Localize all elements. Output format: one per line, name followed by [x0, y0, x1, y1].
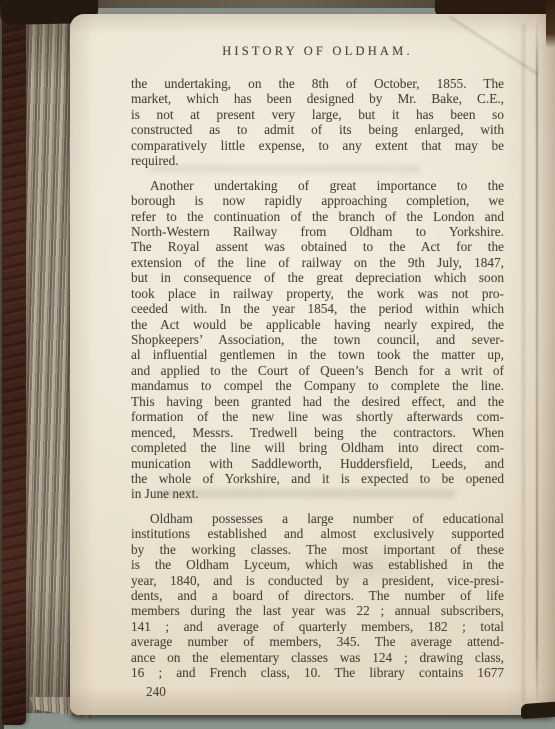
text-line: ceeded with. In the year 1854, the perio…	[131, 301, 504, 316]
text-line: is the Oldham Lyceum, which was establis…	[131, 557, 504, 572]
text-line: al influential gentlemen in the town too…	[131, 347, 504, 362]
book-cover-spine	[2, 3, 26, 725]
text-line: in June next.	[131, 486, 504, 501]
page-text-block: HISTORY OF OLDHAM. the undertaking, on t…	[131, 44, 504, 700]
text-line: Shopkeepers’ Association, the town counc…	[131, 332, 504, 347]
page-paragraphs: the undertaking, on the 8th of October, …	[131, 76, 504, 681]
text-line: Another undertaking of great importance …	[131, 178, 504, 193]
text-line: dents, and a board of directors. The num…	[131, 588, 504, 603]
text-line: the Act would be applicable having nearl…	[131, 317, 504, 332]
text-line: borough is now rapidly approaching compl…	[131, 193, 504, 208]
text-line: extension of the line of railway on the …	[131, 255, 504, 270]
text-line: 16 ; and French class, 10. The library c…	[131, 665, 504, 680]
running-header: HISTORY OF OLDHAM.	[131, 44, 504, 59]
text-line: year, 1840, and is conducted by a presid…	[131, 573, 504, 588]
paragraph: Another undertaking of great importance …	[131, 178, 504, 502]
paragraph: the undertaking, on the 8th of October, …	[131, 76, 504, 169]
text-line: comparatively little expense, to any ext…	[131, 138, 504, 153]
text-line: This having been granted had the desired…	[131, 394, 504, 409]
page-number: 240	[131, 684, 504, 700]
gutter-crease	[536, 18, 538, 710]
text-line: institutions established and almost excl…	[131, 526, 504, 541]
book-photo: HISTORY OF OLDHAM. the undertaking, on t…	[0, 0, 555, 729]
paragraph: Oldham possesses a large number of educa…	[131, 511, 504, 681]
text-line: ance on the elementary classes was 124 ;…	[131, 650, 504, 665]
text-line: completed the line will bring Oldham int…	[131, 440, 504, 455]
text-line: required.	[131, 153, 504, 168]
text-line: but in consequence of the great deprecia…	[131, 270, 504, 285]
text-line: constructed as to admit of its being enl…	[131, 122, 504, 137]
text-line: refer to the continuation of the branch …	[131, 209, 504, 224]
text-line: took place in railway property, the work…	[131, 286, 504, 301]
text-line: 141 ; and average of quarterly members, …	[131, 619, 504, 634]
gutter-crease-faint	[522, 24, 525, 704]
text-line: menced, Messrs. Tredwell being the contr…	[131, 425, 504, 440]
text-line: the undertaking, on the 8th of October, …	[131, 76, 504, 91]
text-line: and applied to the Court of Queen’s Benc…	[131, 363, 504, 378]
text-line: mandamus to compel the Company to comple…	[131, 378, 504, 393]
text-line: average number of members, 345. The aver…	[131, 634, 504, 649]
text-line: market, which has been designed by Mr. B…	[131, 91, 504, 106]
text-line: Oldham possesses a large number of educa…	[131, 511, 504, 526]
cover-edge-right-bottom	[521, 702, 555, 719]
text-line: is not at present very large, but it has…	[131, 107, 504, 122]
cover-edge-right-top	[546, 0, 555, 48]
text-line: the whole of Yorkshire, and it is expect…	[131, 471, 504, 486]
text-line: North-Western Railway from Oldham to Yor…	[131, 224, 504, 239]
text-line: munication with Saddleworth, Huddersfiel…	[131, 456, 504, 471]
text-line: by the working classes. The most importa…	[131, 542, 504, 557]
text-line: formation of the new line was shortly af…	[131, 409, 504, 424]
text-line: The Royal assent was obtained to the Act…	[131, 239, 504, 254]
text-line: members during the last year was 22 ; an…	[131, 603, 504, 618]
